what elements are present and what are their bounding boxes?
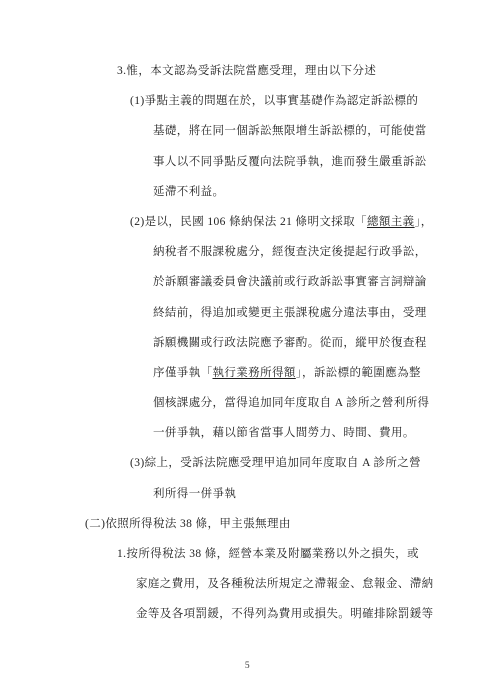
underlined-term: 執行業務所得額: [213, 367, 296, 379]
text-segment: (二)依照所得稅法 38 條，甲主張無理由: [85, 518, 291, 530]
text-segment: 事人以不同爭點反覆向法院爭執，進而發生嚴重訴訟: [153, 156, 427, 168]
text-segment: 基礎，將在同一個訴訟無限增生訴訟標的，可能使當: [153, 125, 427, 137]
text-segment: 」，: [415, 216, 433, 228]
document-line: 序僅爭執「執行業務所得額」，訴訟標的範圍應為整: [0, 358, 495, 388]
document-line: (3)綜上，受訴法院應受理甲追加同年度取自 A 診所之營: [0, 448, 495, 478]
text-segment: 序僅爭執「: [153, 367, 213, 379]
document-line: 事人以不同爭點反覆向法院爭執，進而發生嚴重訴訟: [0, 147, 495, 177]
document-line: 一併爭執，藉以節省當事人間勞力、時間、費用。: [0, 418, 495, 448]
document-line: 納稅者不服課稅處分，經復查決定後提起行政爭訟，: [0, 237, 495, 267]
document-line: 於訴願審議委員會決議前或行政訴訟事實審言詞辯論: [0, 267, 495, 297]
document-line: (1)爭點主義的問題在於，以事實基礎作為認定訴訟標的: [0, 86, 495, 116]
text-segment: (1)爭點主義的問題在於，以事實基礎作為認定訴訟標的: [130, 95, 418, 107]
document-page: 3.惟，本文認為受訴法院當應受理，理由以下分述(1)爭點主義的問題在於，以事實基…: [0, 0, 495, 700]
text-segment: 納稅者不服課稅處分，經復查決定後提起行政爭訟，: [153, 246, 427, 258]
document-line: 基礎，將在同一個訴訟無限增生訴訟標的，可能使當: [0, 116, 495, 146]
document-body: 3.惟，本文認為受訴法院當應受理，理由以下分述(1)爭點主義的問題在於，以事實基…: [0, 56, 495, 630]
document-line: 家庭之費用，及各種稅法所規定之滯報金、怠報金、滯納: [0, 569, 495, 599]
text-segment: 一併爭執，藉以節省當事人間勞力、時間、費用。: [153, 427, 415, 439]
document-line: 個核課處分，當得追加同年度取自 A 診所之營利所得: [0, 388, 495, 418]
document-line: 訴願機關或行政法院應予審酌。從而，縱甲於復查程: [0, 328, 495, 358]
text-segment: 金等及各項罰鍰，不得列為費用或損失。明確排除罰鍰等: [136, 608, 434, 620]
text-segment: 訴願機關或行政法院應予審酌。從而，縱甲於復查程: [153, 337, 427, 349]
document-line: 1.按所得稅法 38 條，經營本業及附屬業務以外之損失，或: [0, 539, 495, 569]
text-segment: 於訴願審議委員會決議前或行政訴訟事實審言詞辯論: [153, 276, 427, 288]
document-line: 利所得一併爭執: [0, 479, 495, 509]
text-segment: 個核課處分，當得追加同年度取自 A 診所之營利所得: [153, 397, 429, 409]
document-line: 3.惟，本文認為受訴法院當應受理，理由以下分述: [0, 56, 495, 86]
text-segment: 終結前，得追加或變更主張課稅處分違法事由，受理: [153, 307, 427, 319]
page-number: 5: [0, 661, 495, 671]
text-segment: 延滯不利益。: [153, 186, 224, 198]
document-line: (二)依照所得稅法 38 條，甲主張無理由: [0, 509, 495, 539]
text-segment: 1.按所得稅法 38 條，經營本業及附屬業務以外之損失，或: [117, 548, 419, 560]
text-segment: 」，訴訟標的範圍應為整: [296, 367, 421, 379]
text-segment: 利所得一併爭執: [153, 488, 236, 500]
text-segment: 3.惟，本文認為受訴法院當應受理，理由以下分述: [117, 65, 376, 77]
document-line: (2)是以，民國 106 條納保法 21 條明文採取「總額主義」，: [0, 207, 495, 237]
document-line: 延滯不利益。: [0, 177, 495, 207]
text-segment: (3)綜上，受訴法院應受理甲追加同年度取自 A 診所之營: [130, 457, 421, 469]
document-line: 金等及各項罰鍰，不得列為費用或損失。明確排除罰鍰等: [0, 599, 495, 629]
document-line: 終結前，得追加或變更主張課稅處分違法事由，受理: [0, 298, 495, 328]
text-segment: 家庭之費用，及各種稅法所規定之滯報金、怠報金、滯納: [136, 578, 434, 590]
underlined-term: 總額主義: [367, 216, 415, 228]
text-segment: (2)是以，民國 106 條納保法 21 條明文採取「: [130, 216, 367, 228]
